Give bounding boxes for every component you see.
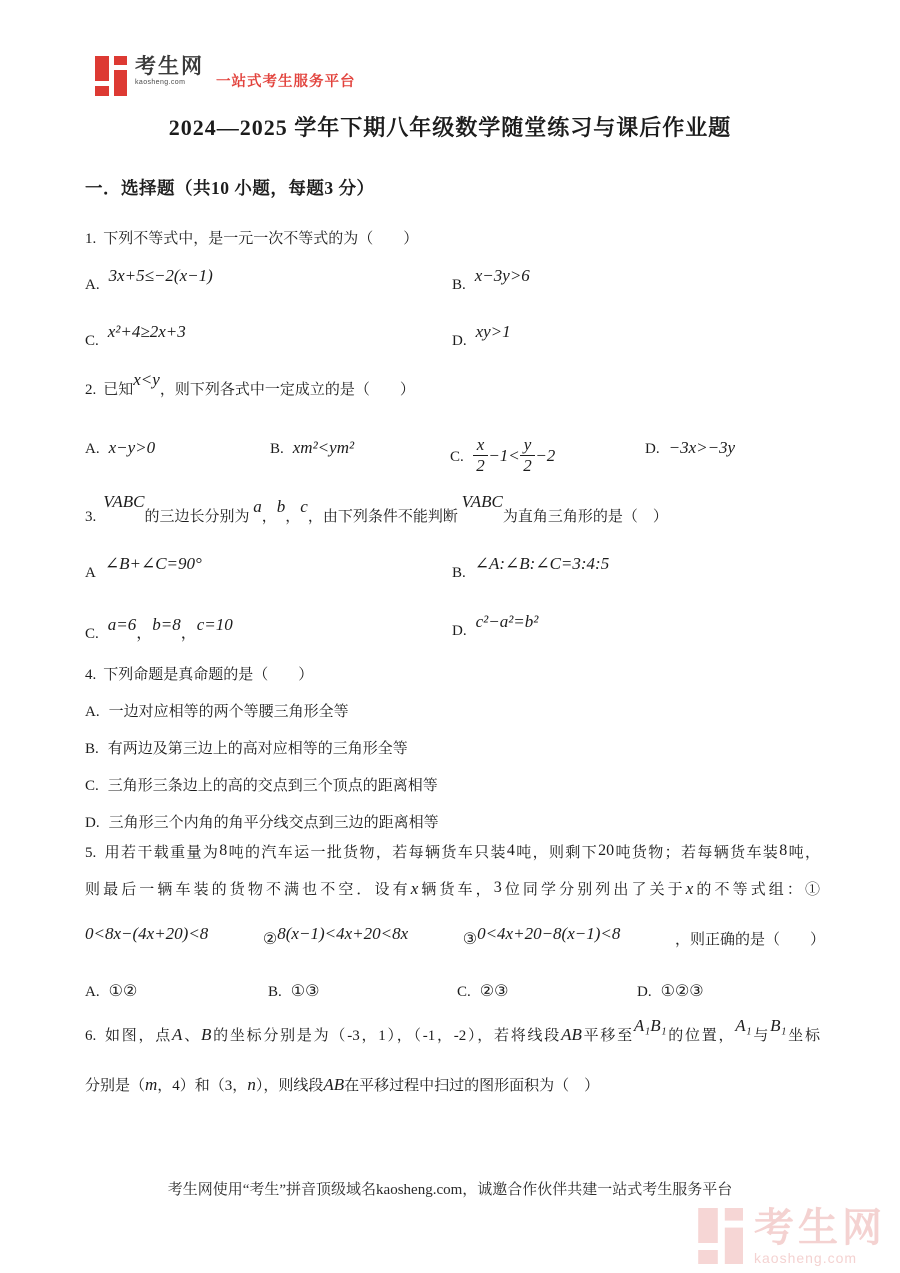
stem-math: AB [323,1075,344,1094]
option-label: C. [85,626,99,642]
option-label: A. [85,704,100,720]
question-text: 吨，则剩下 [515,845,598,861]
watermark-domain: kaosheng.com [754,1251,886,1265]
q1-option-a: A.3x+5≤−2(x−1) [85,274,213,294]
option-text: 三角形三个内角的角平分线交点到三边的距离相等 [109,815,439,831]
option-label: A. [85,441,100,457]
option-text: ①② [109,983,138,1000]
option-label: A [85,565,96,581]
option-math: c=10 [197,615,233,635]
option-text: ①②③ [661,983,704,1000]
question-5-stem-line-1: 5.用若干载重量为8吨的汽车运一批货物，若每辆货车只装4吨，则剩下20吨货物；若… [85,841,820,862]
inequality-3: ③0<4x+20−8(x−1)<8 [463,929,621,949]
question-text: ，4）和（3， [157,1078,247,1094]
option-text: ①③ [291,983,320,1000]
kaosheng-logo-mark-icon [95,56,129,101]
question-text: ，则下列各式中一定成立的是（ ） [160,382,415,398]
option-label: B. [268,984,282,1000]
watermark-logo: 考生网 kaosheng.com [698,1208,886,1269]
option-label: B. [452,565,466,581]
question-text: 的位置， [667,1028,736,1044]
q2-option-b: B.xm²<ym² [270,438,354,458]
question-3-options-row-1: A∠B+∠C=90° B.∠A:∠B:∠C=3:4:5 [85,562,822,592]
q3-option-b: B.∠A:∠B:∠C=3:4:5 [452,562,609,582]
q5-option-a: A.①② [85,981,137,1001]
option-label: D. [85,815,100,831]
option-math: ∠B+∠C=90° [105,554,202,574]
question-text: 由下列条件不能判断 [323,509,458,525]
fraction: x2 [473,436,489,475]
question-5-options-row: A.①② B.①③ C.②③ D.①②③ [85,981,822,1011]
stem-math: VABC [462,492,503,512]
question-text: 吨， [787,845,820,861]
option-label: B. [270,441,284,457]
option-label: B. [452,277,466,293]
option-math: xm²<ym² [293,438,354,457]
option-label: A. [85,984,100,1000]
question-text: 则最后一辆车装的货物不满也不空．设有 [85,882,411,898]
question-text: 的不等式组：① [693,882,820,898]
stem-math: n [247,1075,256,1094]
option-label: D. [637,984,652,1000]
question-number: 6. [85,1028,96,1044]
option-math: 3x+5≤−2(x−1) [109,266,213,286]
fraction-denominator: 2 [523,456,532,475]
option-math: xy>1 [476,322,511,342]
inequality-2: ②8(x−1)<4x+20<8x [263,929,408,949]
q5-option-b: B.①③ [268,981,319,1001]
option-text: ， [136,625,152,642]
option-label: C. [85,333,99,349]
option-math: x−y>0 [109,438,156,457]
option-math: x−3y>6 [475,266,530,286]
q4-option-c: C.三角形三条边上的高的交点到三个顶点的距离相等 [85,774,438,795]
stem-math: A₁ [735,1016,751,1036]
q3-option-c: C.a=6，b=8，c=10 [85,620,233,643]
q1-option-b: B.x−3y>6 [452,274,530,294]
stem-math: x<y [133,370,160,390]
brand-tagline: 一站式考生服务平台 [216,70,356,91]
question-text: ），则线段 [256,1078,324,1094]
stem-number: 8 [219,842,227,859]
question-text: 的三边长分别为 [144,509,249,525]
brand-domain: kaosheng.com [135,79,204,86]
q5-option-c: C.②③ [457,981,508,1001]
stem-math: c [300,497,308,517]
q2-option-c: C.x2−1<y2−2 [450,438,555,477]
question-number: 2. [85,382,96,398]
option-label: D. [452,623,467,639]
question-number: 4. [85,667,96,683]
stem-number: 4 [507,842,515,859]
stem-math: B₁ [770,1016,786,1036]
question-text: 与 [752,1028,771,1044]
stem-math: VABC [103,492,144,512]
question-5-stem-line-2: 则最后一辆车装的货物不满也不空．设有x辆货车，3位同学分别列出了关于x的不等式组… [85,878,820,899]
q4-option-b: B.有两边及第三边上的高对应相等的三角形全等 [85,737,408,758]
stem-math: m [145,1075,157,1094]
option-math: −3x>−3y [669,438,736,457]
option-text: ， [181,625,197,642]
option-label: C. [85,778,99,794]
question-text: ， [308,509,323,525]
question-text: ， [285,509,300,525]
option-math: b=8 [152,615,180,635]
question-text: 、 [182,1028,201,1044]
option-math: −1< [488,446,519,465]
option-math: 8(x−1)<4x+20<8x [277,924,408,944]
q2-option-d: D.−3x>−3y [645,438,735,458]
option-label: C. [457,984,471,1000]
q2-option-a: A.x−y>0 [85,438,155,458]
question-text: 下列命题是真命题的是（ ） [103,667,313,683]
option-label: D. [452,333,467,349]
stem-math: A [172,1025,182,1044]
brand-name: 考生网 [135,56,204,77]
option-text: 三角形三条边上的高的交点到三个顶点的距离相等 [108,778,438,794]
question-6-stem-line-1: 6.如图，点A、B的坐标分别是为（-3，1），（-1，-2），若将线段AB平移至… [85,1024,820,1045]
question-text: 下列不等式中，是一元一次不等式的为（ ） [103,231,418,247]
question-text: 位同学分别列出了关于 [502,882,686,898]
question-1-stem: 1.下列不等式中，是一元一次不等式的为（ ） [85,227,418,248]
q4-option-a: A.一边对应相等的两个等腰三角形全等 [85,700,349,721]
question-text: 分别是（ [85,1078,145,1094]
option-label: B. [85,741,99,757]
question-number: 5. [85,845,96,861]
question-2-options-row: A.x−y>0 B.xm²<ym² C.x2−1<y2−2 D.−3x>−3y [85,438,822,468]
question-text: 坐标 [786,1028,820,1044]
stem-math: B [201,1025,211,1044]
question-text: ， [262,509,277,525]
question-2-stem: 2.已知x<y，则下列各式中一定成立的是（ ） [85,378,415,399]
question-text: 已知 [103,382,133,398]
stem-math: b [277,497,286,517]
fraction-numerator: y [520,436,536,456]
option-math: 0<4x+20−8(x−1)<8 [477,924,620,944]
question-text: 如图，点 [103,1028,172,1044]
option-text: ②③ [480,983,509,1000]
option-text: 一边对应相等的两个等腰三角形全等 [109,704,349,720]
q3-option-d: D.c²−a²=b² [452,620,538,640]
stem-number: 3 [494,879,502,896]
watermark-brand: 考生网 [754,1208,886,1248]
option-math: −2 [535,446,555,465]
option-math: x²+4≥2x+3 [108,322,186,342]
question-text: 的坐标分别是为（-3，1），（-1，-2），若将线段 [211,1028,561,1044]
footer-text: 考生网使用“考生”拼音顶级域名kaosheng.com，诚邀合作伙伴共建一站式考… [0,1178,900,1199]
option-label: D. [645,441,660,457]
site-logo: 考生网 kaosheng.com 一站式考生服务平台 [95,56,356,101]
option-math: a=6 [108,615,136,635]
question-text: 在平移过程中扫过的图形面积为（ ） [344,1078,599,1094]
option-label: A. [85,277,100,293]
circled-number: ② [263,931,277,948]
question-number: 3. [85,509,96,525]
option-math: ∠A:∠B:∠C=3:4:5 [475,554,609,574]
question-text: 为直角三角形的是（ ） [503,509,668,525]
question-text: 平移至 [582,1028,634,1044]
fraction: y2 [520,436,536,475]
question-text: 吨货物；若每辆货车装 [614,845,779,861]
q1-option-d: D.xy>1 [452,330,511,350]
question-1-options-row-2: C.x²+4≥2x+3 D.xy>1 [85,330,822,360]
fraction-numerator: x [473,436,489,456]
option-label: C. [450,449,464,465]
stem-math: A₁B₁ [634,1016,667,1036]
question-5-inequality-row: 0<8x−(4x+20)<8 ②8(x−1)<4x+20<8x ③0<4x+20… [85,928,825,949]
question-3-stem: 3.VABC的三边长分别为 a，b，c，由下列条件不能判断 VABC为直角三角形… [85,505,668,526]
option-math: c²−a²=b² [476,612,539,632]
question-text: 用若干载重量为 [103,845,219,861]
fraction-denominator: 2 [476,456,485,475]
q4-option-d: D.三角形三个内角的角平分线交点到三边的距离相等 [85,811,439,832]
q1-option-c: C.x²+4≥2x+3 [85,330,186,350]
option-text: 有两边及第三边上的高对应相等的三角形全等 [108,741,408,757]
question-4-stem: 4.下列命题是真命题的是（ ） [85,663,313,684]
stem-math: AB [561,1025,582,1044]
question-3-options-row-2: C.a=6，b=8，c=10 D.c²−a²=b² [85,620,822,650]
q3-option-a: A∠B+∠C=90° [85,562,202,582]
question-text: ，则正确的是（ ） [675,928,825,949]
stem-math: a [253,497,262,517]
inequality-1: 0<8x−(4x+20)<8 [85,929,208,949]
question-1-options-row-1: A.3x+5≤−2(x−1) B.x−3y>6 [85,274,822,304]
kaosheng-watermark-mark-icon [698,1208,746,1269]
question-6-stem-line-2: 分别是（m，4）和（3，n），则线段AB在平移过程中扫过的图形面积为（ ） [85,1074,599,1095]
q5-option-d: D.①②③ [637,981,704,1001]
stem-number: 8 [779,842,787,859]
circled-number: ③ [463,931,477,948]
page-title: 2024—2025 学年下期八年级数学随堂练习与课后作业题 [0,111,900,142]
question-number: 1. [85,231,96,247]
section-heading: 一．选择题（共10 小题，每题3 分） [85,175,375,200]
question-text: 吨的汽车运一批货物，若每辆货车只装 [227,845,507,861]
question-text: 辆货车， [418,882,493,898]
stem-number: 20 [598,842,614,859]
option-math: 0<8x−(4x+20)<8 [85,924,208,944]
